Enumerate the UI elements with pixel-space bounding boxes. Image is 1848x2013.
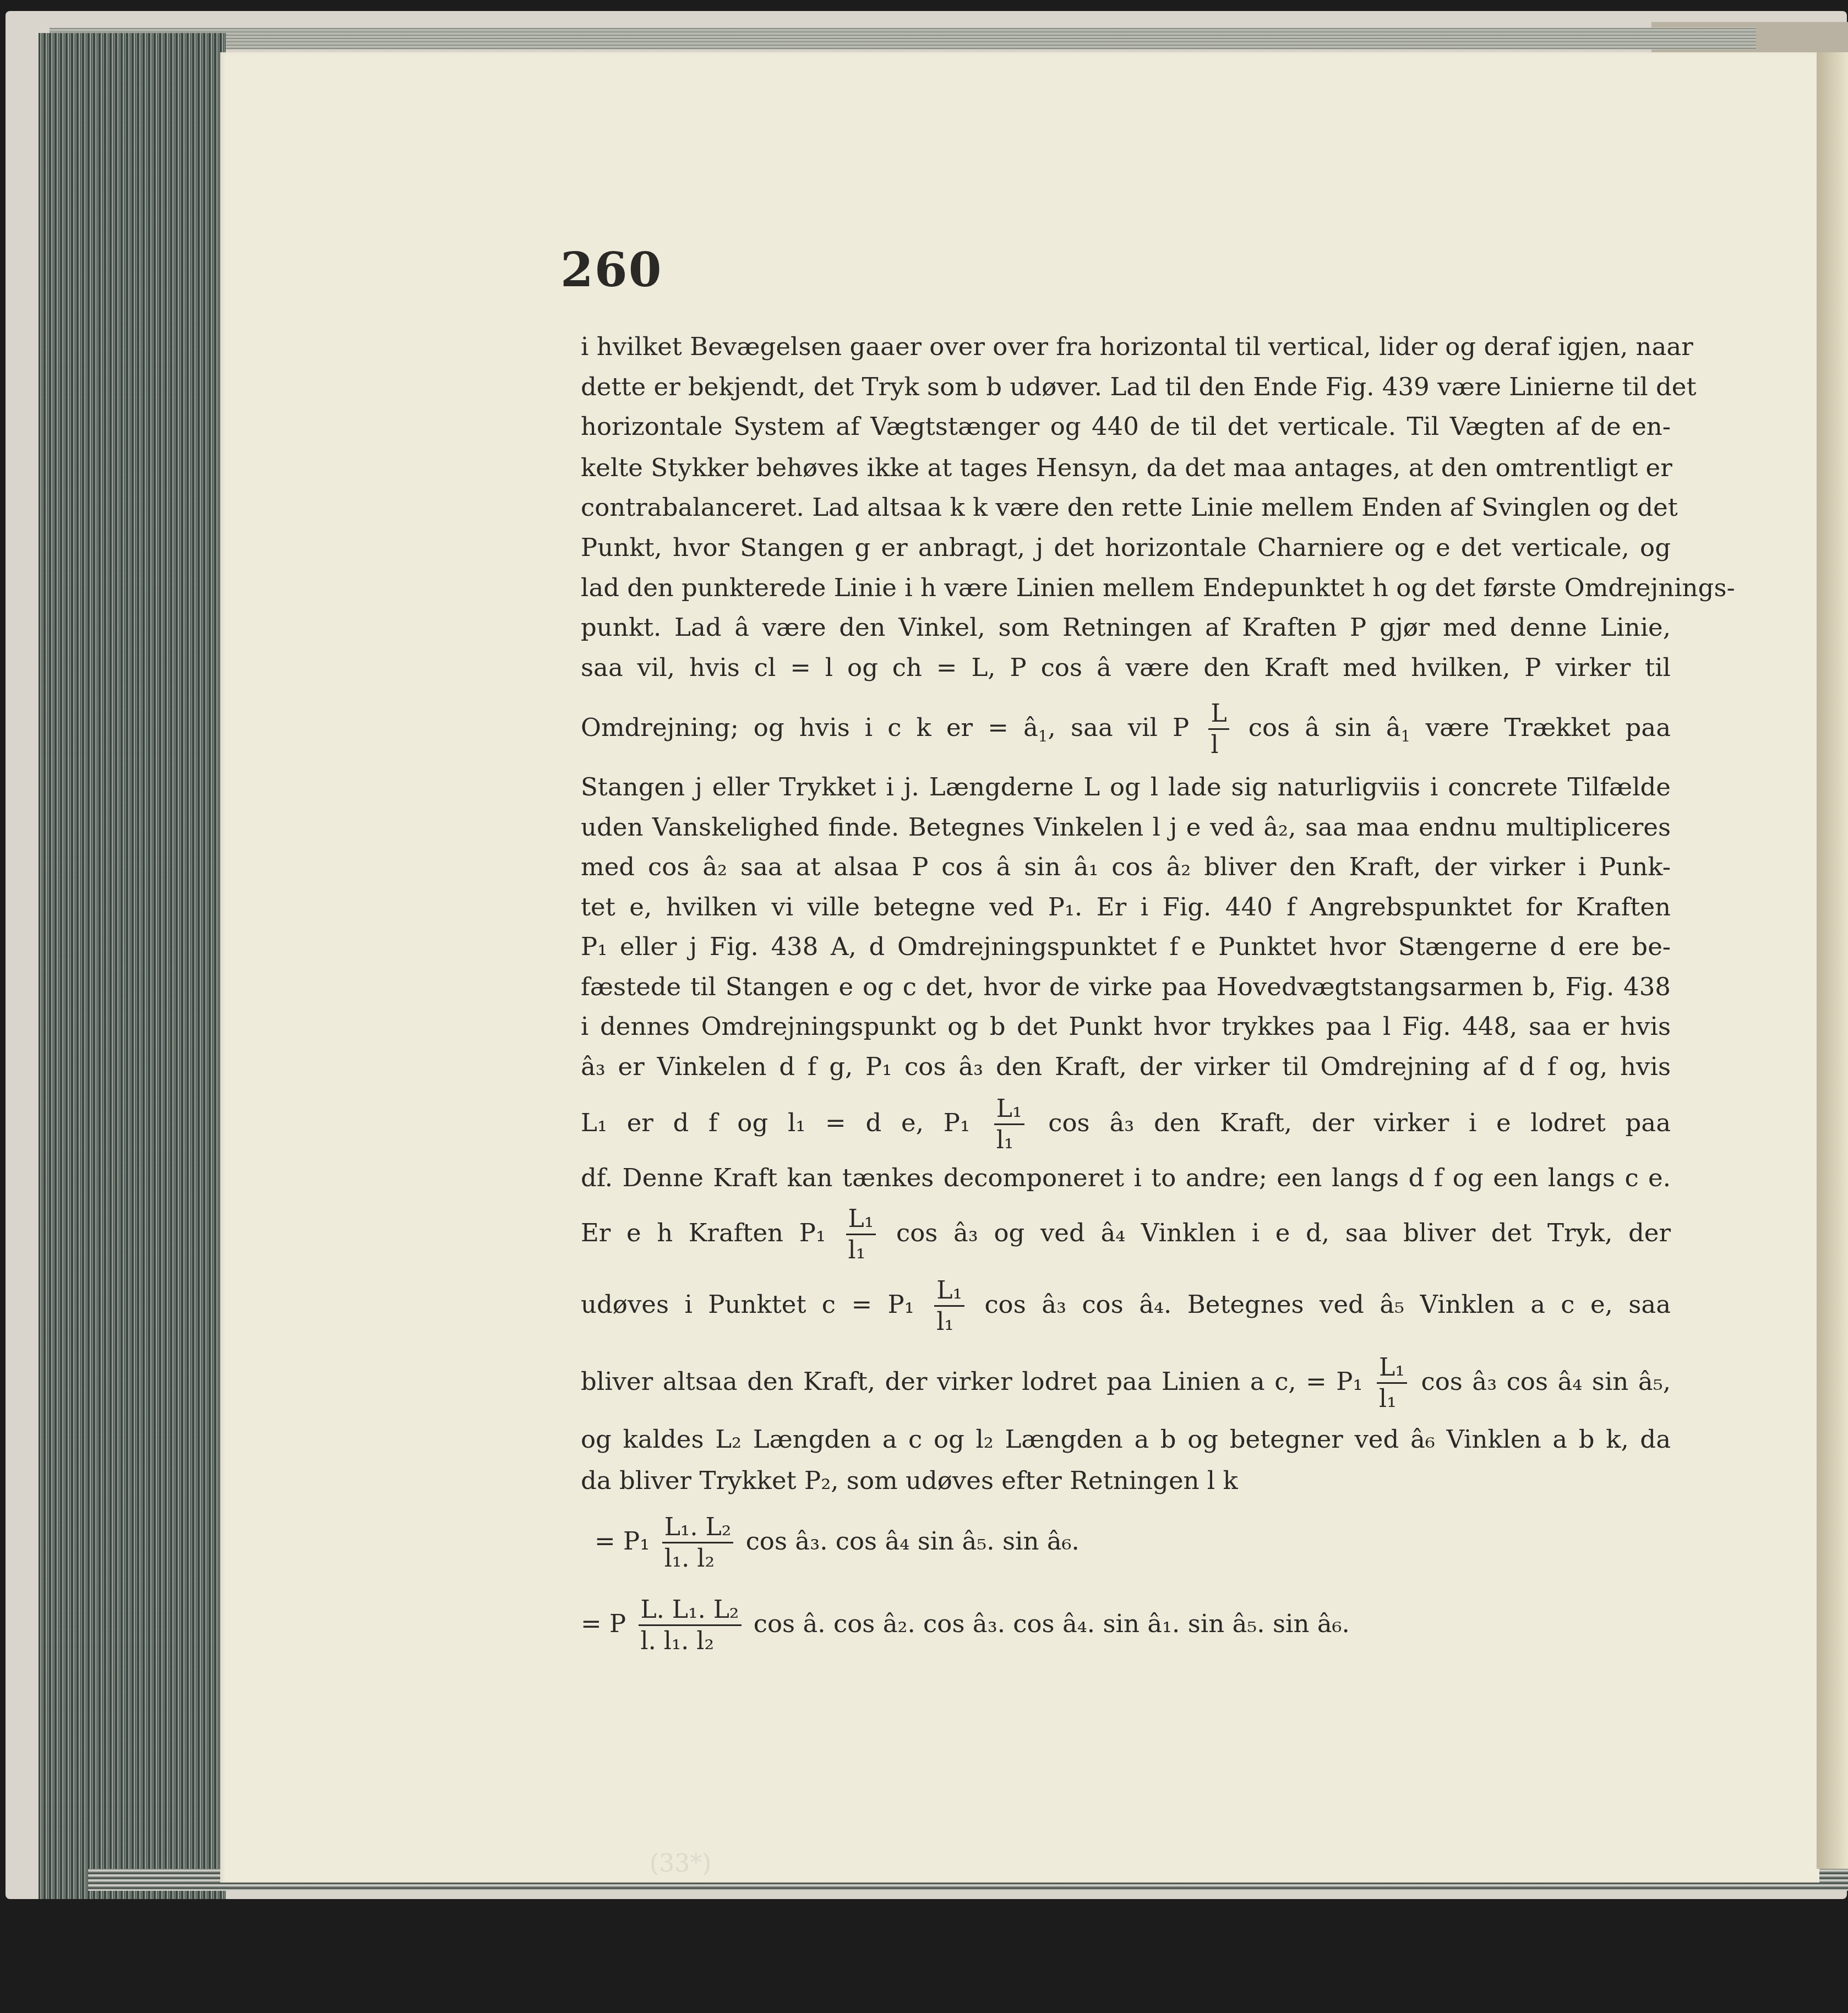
fraction: L₁l₁ bbox=[934, 1279, 964, 1334]
text-segment: , saa vil P bbox=[1048, 713, 1190, 742]
text-segment: være Trækket paa bbox=[1410, 713, 1671, 742]
denominator: l. l₁. l₂ bbox=[639, 1626, 742, 1654]
numerator: L. L₁. L₂ bbox=[639, 1598, 742, 1626]
fraction: L₁l₁ bbox=[994, 1097, 1024, 1153]
text-line: â₃ er Vinkelen d f g, P₁ cos â₃ den Kraf… bbox=[581, 1050, 1671, 1083]
fraction: L₁l₁ bbox=[846, 1207, 876, 1263]
text-segment: cos â₃ og ved â₄ Vinklen i e d, saa bliv… bbox=[896, 1218, 1671, 1247]
fraction: L. L₁. L₂l. l₁. l₂ bbox=[639, 1598, 742, 1654]
text-line: Punkt, hvor Stangen g er anbragt, j det … bbox=[581, 531, 1671, 564]
text-segment: L₁ er d f og l₁ = d e, P₁ bbox=[581, 1108, 970, 1137]
text-line: uden Vanskelighed finde. Betegnes Vinkel… bbox=[581, 811, 1671, 844]
text-segment: cos â₃. cos â₄ sin â₅. sin â₆. bbox=[746, 1526, 1080, 1556]
text-line: dette er bekjendt, det Tryk som b udøver… bbox=[581, 370, 1671, 403]
bleed-through-mark: (33*) bbox=[650, 1850, 711, 1878]
text-line-fraction: Er e h Kraften P₁ L₁l₁ cos â₃ og ved â₄ … bbox=[581, 1200, 1671, 1266]
numerator: L₁ bbox=[846, 1207, 876, 1235]
numerator: L₁. L₂ bbox=[662, 1515, 734, 1543]
subscript: 1 bbox=[1038, 727, 1048, 745]
text-line: P₁ eller j Fig. 438 A, d Omdrejningspunk… bbox=[581, 930, 1671, 963]
text-line: med cos â₂ saa at alsaa P cos â sin â₁ c… bbox=[581, 850, 1671, 883]
text-segment: Er e h Kraften P₁ bbox=[581, 1218, 826, 1247]
denominator: l₁. l₂ bbox=[662, 1543, 734, 1571]
text-line: horizontale System af Vægtstænger og 440… bbox=[581, 410, 1671, 443]
text-segment: udøves i Punktet c = P₁ bbox=[581, 1290, 914, 1319]
text-line: i dennes Omdrejningspunkt og b det Punkt… bbox=[581, 1010, 1671, 1043]
denominator: l₁ bbox=[846, 1235, 876, 1263]
text-segment: cos â. cos â₂. cos â₃. cos â₄. sin â₁. s… bbox=[754, 1609, 1350, 1638]
text-line: punkt. Lad â være den Vinkel, som Retnin… bbox=[581, 611, 1671, 644]
text-line-fraction: Omdrejning; og hvis i c k er = â1, saa v… bbox=[581, 695, 1671, 770]
equation-line: = P L. L₁. L₂l. l₁. l₂ cos â. cos â₂. co… bbox=[581, 1591, 1671, 1657]
denominator: l₁ bbox=[934, 1307, 964, 1334]
fraction: Ll bbox=[1208, 702, 1229, 757]
equation-line: = P₁ L₁. L₂l₁. l₂ cos â₃. cos â₄ sin â₅.… bbox=[595, 1508, 1685, 1574]
page-gutter-edge bbox=[1817, 52, 1848, 1869]
fraction: L₁l₁ bbox=[1377, 1356, 1407, 1411]
text-line: lad den punkterede Linie i h være Linien… bbox=[581, 571, 1671, 604]
text-line: Stangen j eller Trykket i j. Længderne L… bbox=[581, 771, 1671, 804]
numerator: L₁ bbox=[994, 1097, 1024, 1125]
denominator: l₁ bbox=[1377, 1384, 1407, 1411]
text-segment: cos â sin â bbox=[1249, 713, 1401, 742]
text-segment: = P bbox=[581, 1609, 626, 1638]
text-line: saa vil, hvis cl = l og ch = L, P cos â … bbox=[581, 651, 1671, 684]
text-segment: cos â₃ cos â₄. Betegnes ved â₅ Vinklen a… bbox=[984, 1290, 1671, 1319]
text-line: da bliver Trykket P₂, som udøves efter R… bbox=[581, 1464, 1671, 1497]
numerator: L bbox=[1208, 702, 1229, 730]
text-line: kelte Stykker behøves ikke at tages Hens… bbox=[581, 451, 1671, 484]
denominator: l₁ bbox=[994, 1125, 1024, 1153]
page-stack-left bbox=[39, 33, 226, 1899]
numerator: L₁ bbox=[1377, 1356, 1407, 1384]
text-segment: = P₁ bbox=[595, 1526, 650, 1556]
text-line: contrabalanceret. Lad altsaa k k være de… bbox=[581, 491, 1671, 524]
text-line: fæstede til Stangen e og c det, hvor de … bbox=[581, 970, 1671, 1003]
page-stack-top bbox=[50, 28, 1756, 50]
page-number: 260 bbox=[560, 242, 663, 298]
numerator: L₁ bbox=[934, 1279, 964, 1307]
text-segment: cos â₃ den Kraft, der virker i e lodret … bbox=[1048, 1108, 1671, 1137]
text-line: df. Denne Kraft kan tænkes decomponeret … bbox=[581, 1161, 1671, 1194]
text-segment: Omdrejning; og hvis i c k er = â bbox=[581, 713, 1038, 742]
fraction: L₁. L₂l₁. l₂ bbox=[662, 1515, 734, 1571]
text-segment: cos â₃ cos â₄ sin â₅, bbox=[1421, 1367, 1671, 1396]
text-line: og kaldes L₂ Længden a c og l₂ Længden a… bbox=[581, 1423, 1671, 1456]
denominator: l bbox=[1208, 730, 1229, 757]
text-line: tet e, hvilken vi ville betegne ved P₁. … bbox=[581, 891, 1671, 924]
text-line-fraction: bliver altsaa den Kraft, der virker lodr… bbox=[581, 1349, 1671, 1415]
text-segment: bliver altsaa den Kraft, der virker lodr… bbox=[581, 1367, 1363, 1396]
subscript: 1 bbox=[1401, 727, 1411, 745]
text-line: i hvilket Bevægelsen gaaer over over fra… bbox=[581, 330, 1671, 363]
text-line-fraction: udøves i Punktet c = P₁ L₁l₁ cos â₃ cos … bbox=[581, 1272, 1671, 1338]
text-line-fraction: L₁ er d f og l₁ = d e, P₁ L₁l₁ cos â₃ de… bbox=[581, 1090, 1671, 1156]
